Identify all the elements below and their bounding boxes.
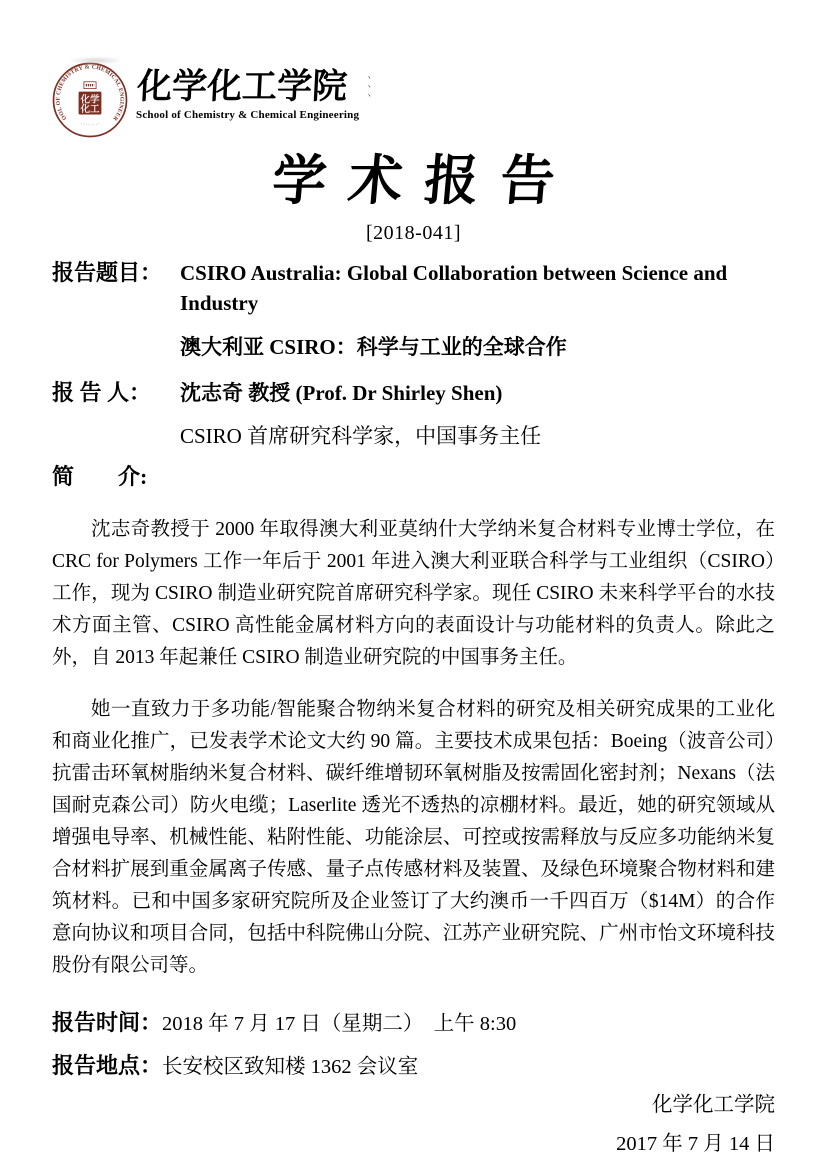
bio-label: 简 介: — [52, 462, 180, 492]
speaker-row: 报 告 人： 沈志奇 教授 (Prof. Dr Shirley Shen) — [52, 377, 775, 409]
signature-organization: 化学化工学院 — [52, 1092, 775, 1119]
school-logo-header: SCHOOL OF CHEMISTRY & CHEMICAL ENGINEERI… — [52, 60, 775, 140]
report-title-row: 报告题目： CSIRO Australia: Global Collaborat… — [52, 258, 775, 318]
report-time-row: 报告时间： 2018 年 7 月 17 日（星期二） 上午 8:30 — [52, 1008, 775, 1039]
speaker-label: 报 告 人： — [52, 377, 180, 408]
document-page: SCHOOL OF CHEMISTRY & CHEMICAL ENGINEERI… — [0, 0, 827, 1169]
report-venue-row: 报告地点： 长安校区致知楼 1362 会议室 — [52, 1051, 775, 1082]
school-name-english: School of Chemistry & Chemical Engineeri… — [136, 109, 359, 121]
report-venue-label: 报告地点： — [52, 1051, 162, 1081]
calligrapher-signature-mark: 丶丶丶 — [364, 74, 372, 101]
document-title: 学术报告 — [49, 148, 778, 214]
speaker-affiliation-row: CSIRO 首席研究科学家，中国事务主任 — [180, 422, 775, 450]
report-title-label: 报告题目： — [52, 258, 180, 288]
school-name-calligraphy: 化学化工学院 — [136, 68, 361, 107]
seal-stamp-chars-top: 化学 — [79, 93, 100, 105]
bio-paragraph-2: 她一直致力于多功能/智能聚合物纳米复合材料的研究及相关研究成果的工业化和商业化推… — [52, 694, 775, 982]
report-title-chinese-row: 澳大利亚 CSIRO：科学与工业的全球合作 — [180, 332, 775, 362]
report-time-value: 2018 年 7 月 17 日（星期二） 上午 8:30 — [162, 1009, 516, 1039]
document-number: [2018-041] — [52, 220, 775, 246]
report-title-english: CSIRO Australia: Global Collaboration be… — [180, 258, 775, 318]
report-title-chinese: 澳大利亚 CSIRO：科学与工业的全球合作 — [180, 332, 567, 362]
report-venue-value: 长安校区致知楼 1362 会议室 — [162, 1052, 418, 1082]
report-time-label: 报告时间： — [52, 1008, 162, 1038]
speaker-name: 沈志奇 教授 (Prof. Dr Shirley Shen) — [180, 378, 502, 409]
seal-stamp-chars-bottom: 化工 — [79, 103, 100, 115]
signature-date: 2017 年 7 月 14 日 — [52, 1131, 775, 1158]
bio-section-row: 简 介: — [52, 462, 775, 492]
speaker-affiliation: CSIRO 首席研究科学家，中国事务主任 — [180, 422, 541, 450]
school-name-block: 化学化工学院 School of Chemistry & Chemical En… — [136, 60, 359, 121]
scan-artifact — [70, 57, 122, 64]
seal-bottom-marks: · · · · · · · · — [80, 121, 101, 128]
school-seal-icon: SCHOOL OF CHEMISTRY & CHEMICAL ENGINEERI… — [52, 62, 128, 138]
bio-paragraph-1: 沈志奇教授于 2000 年取得澳大利亚莫纳什大学纳米复合材料专业博士学位，在 C… — [52, 514, 775, 674]
